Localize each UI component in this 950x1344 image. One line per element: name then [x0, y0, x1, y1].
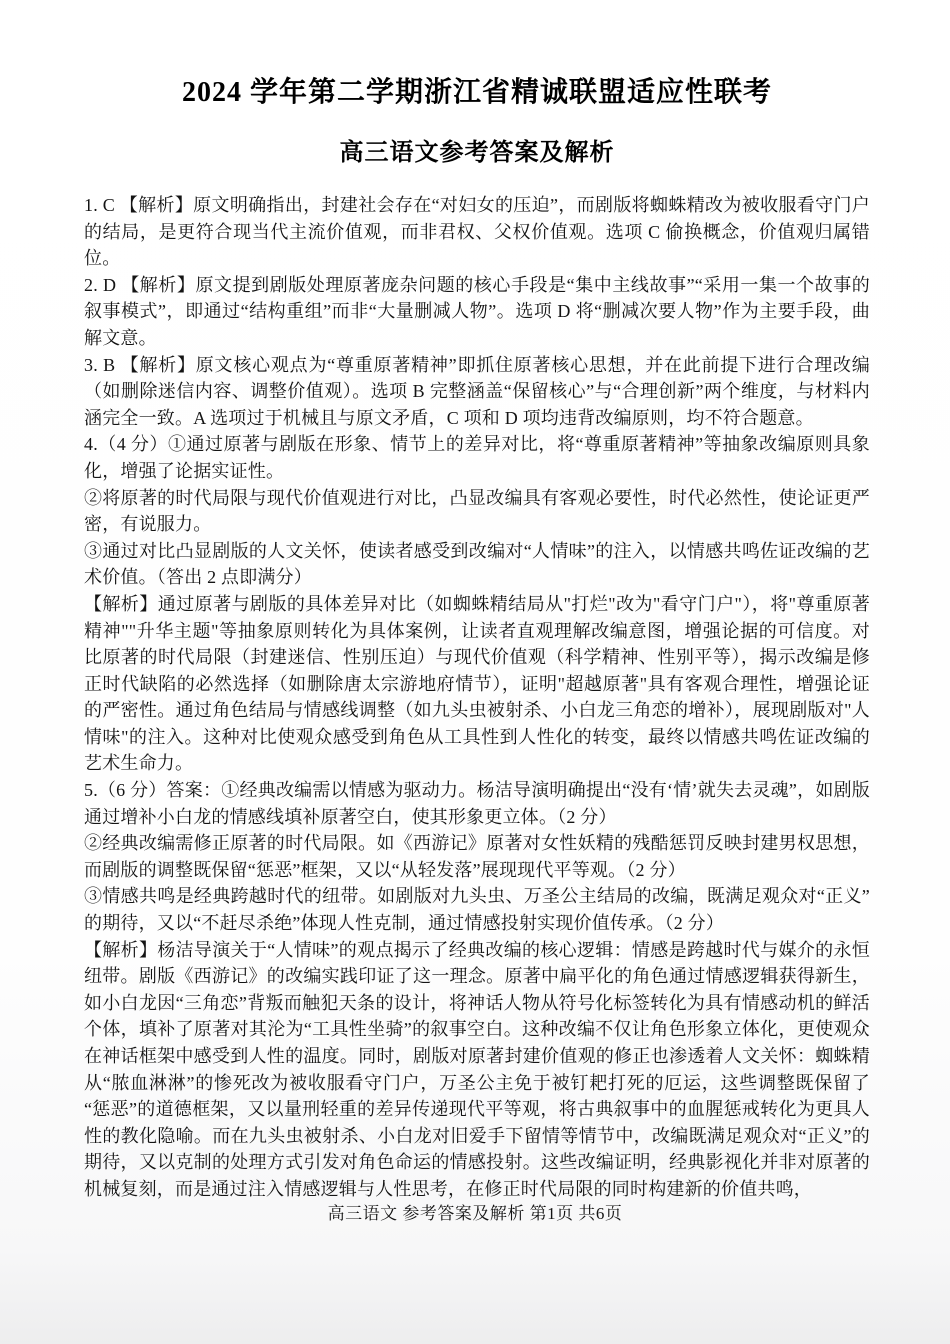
answer-item-4-point-3: ③通过对比凸显剧版的人文关怀，使读者感受到改编对“人情味”的注入，以情感共鸣佐证…	[84, 538, 870, 591]
answer-sheet-subtitle: 高三语文参考答案及解析	[84, 136, 870, 170]
page-footer: 高三语文 参考答案及解析 第1页 共6页	[0, 1202, 950, 1226]
answer-item-5-point-1: 5.（6 分）答案：①经典改编需以情感为驱动力。杨洁导演明确提出“没有‘情’就失…	[84, 777, 870, 830]
exam-title: 2024 学年第二学期浙江省精诚联盟适应性联考	[84, 74, 870, 112]
answer-item-4-point-2: ②将原著的时代局限与现代价值观进行对比，凸显改编具有客观必要性，时代必然性，使论…	[84, 485, 870, 538]
answer-item-5-analysis: 【解析】杨洁导演关于“人情味”的观点揭示了经典改编的核心逻辑：情感是跨越时代与媒…	[84, 937, 870, 1203]
answer-item-4-point-1: 4.（4 分）①通过原著与剧版在形象、情节上的差异对比，将“尊重原著精神”等抽象…	[84, 431, 870, 484]
page-content: 2024 学年第二学期浙江省精诚联盟适应性联考 高三语文参考答案及解析 1. C…	[84, 0, 870, 1203]
answer-item-3: 3. B 【解析】原文核心观点为“尊重原著精神”即抓住原著核心思想，并在此前提下…	[84, 352, 870, 432]
answer-item-1: 1. C 【解析】原文明确指出，封建社会存在“对妇女的压迫”，而剧版将蜘蛛精改为…	[84, 192, 870, 272]
answers-content: 1. C 【解析】原文明确指出，封建社会存在“对妇女的压迫”，而剧版将蜘蛛精改为…	[84, 192, 870, 1203]
answer-item-5-point-2: ②经典改编需修正原著的时代局限。如《西游记》原著对女性妖精的残酷惩罚反映封建男权…	[84, 830, 870, 883]
answer-item-2: 2. D 【解析】原文提到剧版处理原著庞杂问题的核心手段是“集中主线故事”“采用…	[84, 272, 870, 352]
answer-item-4-analysis: 【解析】通过原著与剧版的具体差异对比（如蜘蛛精结局从"打烂"改为"看守门户"），…	[84, 591, 870, 777]
scanned-answer-page: 2024 学年第二学期浙江省精诚联盟适应性联考 高三语文参考答案及解析 1. C…	[0, 0, 950, 1344]
answer-item-5-point-3: ③情感共鸣是经典跨越时代的纽带。如剧版对九头虫、万圣公主结局的改编，既满足观众对…	[84, 883, 870, 936]
